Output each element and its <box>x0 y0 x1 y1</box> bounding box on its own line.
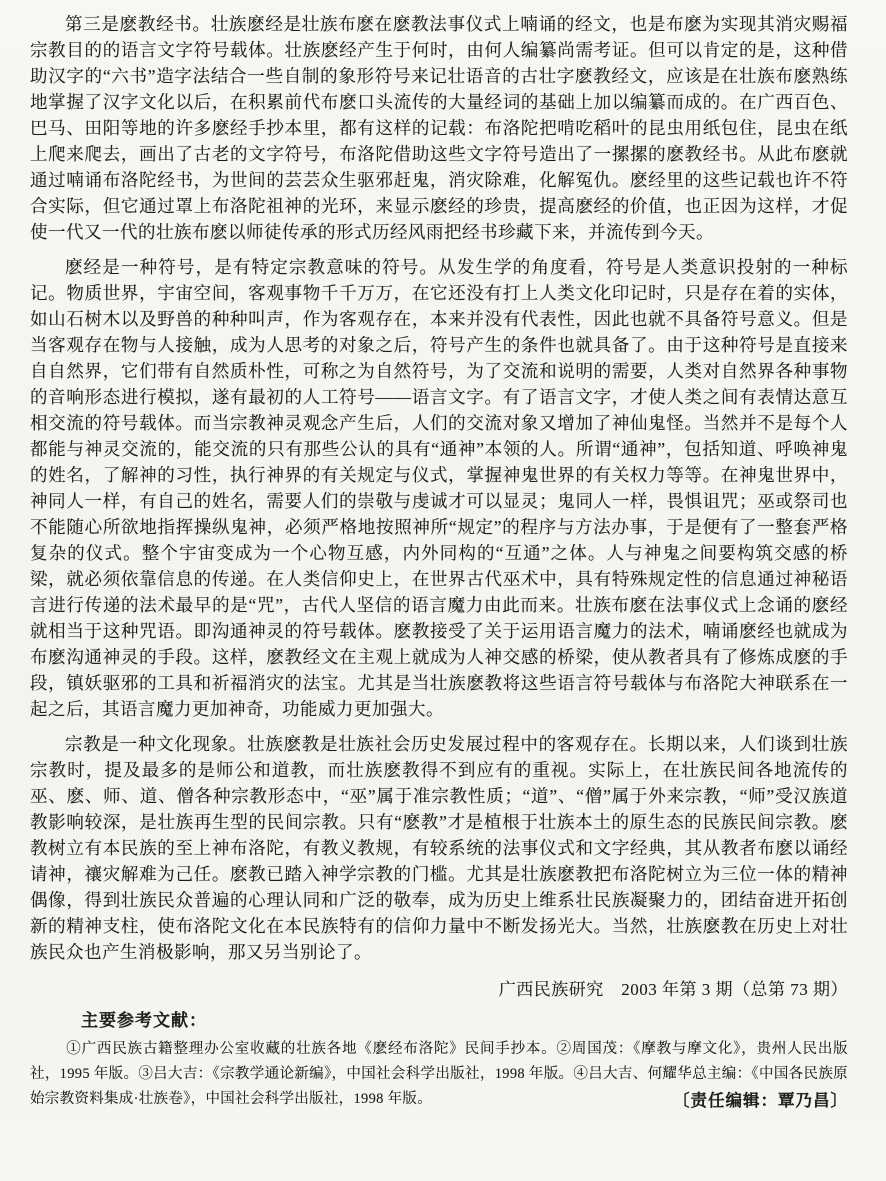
references-heading: 主要参考文献： <box>81 1006 848 1031</box>
references-section: 主要参考文献： ①广西民族古籍整理办公室收藏的壮族各地《麽经布洛陀》民间手抄本。… <box>30 1006 848 1112</box>
paragraph-1: 第三是麽教经书。壮族麽经是壮族布麽在麽教法事仪式上喃诵的经文，也是布麽为实现其消… <box>30 11 848 245</box>
article-body: 第三是麽教经书。壮族麽经是壮族布麽在麽教法事仪式上喃诵的经文，也是布麽为实现其消… <box>30 11 848 965</box>
paragraph-3: 宗教是一种文化现象。壮族麽教是壮族社会历史发展过程中的客观存在。长期以来，人们谈… <box>30 731 848 965</box>
scanned-document-page: 第三是麽教经书。壮族麽经是壮族布麽在麽教法事仪式上喃诵的经文，也是布麽为实现其消… <box>0 0 886 1181</box>
paragraph-2: 麽经是一种符号，是有特定宗教意味的符号。从发生学的角度看，符号是人类意识投射的一… <box>30 254 848 722</box>
journal-citation: 广西民族研究 2003 年第 3 期（总第 73 期） <box>30 978 848 1002</box>
editor-note: 〔责任编辑：覃乃昌〕 <box>673 1087 848 1111</box>
